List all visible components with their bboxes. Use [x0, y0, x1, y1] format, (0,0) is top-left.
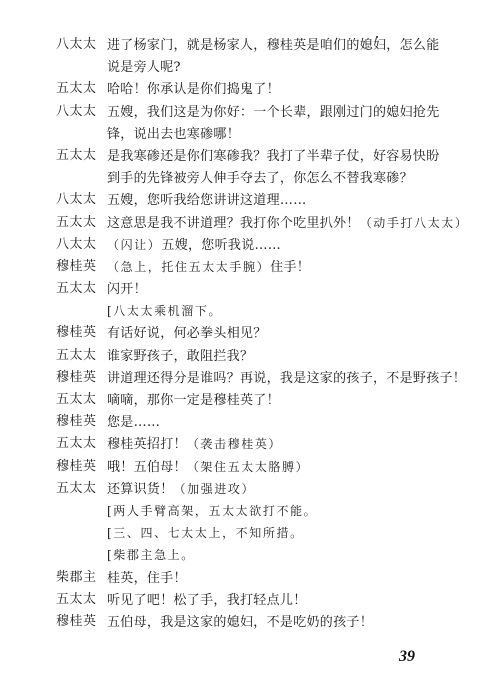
- script-line: 五太太哈哈！你承认是你们捣鬼了！: [56, 78, 446, 100]
- script-line: 穆桂英讲道理还得分是谁吗？再说，我是这家的孩子，不是野孩子！: [56, 367, 446, 389]
- script-line: 八太太进了杨家门，就是杨家人，穆桂英是咱们的媳妇，怎么能: [56, 34, 446, 56]
- script-line: 到手的先锋被旁人伸手夺去了，你怎么不替我寒碜？: [56, 167, 446, 189]
- dialogue-text: 您是……: [107, 411, 160, 434]
- dialogue-text: 穆桂英招打！（袭击穆桂英）: [107, 433, 282, 456]
- dialogue: 到手的先锋被旁人伸手夺去了，你怎么不替我寒碜？: [107, 171, 413, 186]
- stage-direction: [两人手臂高架，五太太欲打不能。: [107, 504, 317, 518]
- dialogue: 闪开！: [107, 282, 147, 297]
- dialogue: 五嫂，您听我说……: [161, 238, 281, 253]
- dialogue: 锋，说出去也寒碜哪！: [107, 127, 240, 142]
- script-line: [柴郡主急上。: [56, 544, 446, 566]
- speaker-name: 穆桂英: [56, 256, 104, 278]
- speaker-name: 八太太: [56, 234, 104, 256]
- script-line: 说是旁人呢?: [56, 56, 446, 78]
- speaker-name: 穆桂英: [56, 411, 104, 433]
- dialogue: 听见了吧！松了手，我打轻点儿！: [107, 593, 307, 608]
- script-line: 五太太听见了吧！松了手，我打轻点儿！: [56, 589, 446, 611]
- dialogue: 住手！: [270, 260, 310, 275]
- dialogue: 是我寒碜还是你们寒碜我？我打了半辈子仗，好容易快盼: [107, 149, 440, 164]
- stage-direction: [八太太乘机溜下。: [107, 304, 222, 318]
- dialogue: 这意思是我不讲道理？我打你个吃里扒外！: [107, 216, 360, 231]
- speaker-name: 五太太: [56, 345, 104, 367]
- dialogue: 嘀嘀，那你一定是穆桂英了！: [107, 393, 280, 408]
- script-line: 穆桂英哦！五伯母！（架住五太太胳膊）: [56, 456, 446, 478]
- speaker-name: 八太太: [56, 34, 104, 56]
- script-line: [八太太乘机溜下。: [56, 300, 446, 322]
- speaker-name: 五太太: [56, 433, 104, 455]
- stage-direction: （动手打八太太）: [360, 216, 469, 230]
- stage-direction: [柴郡主急上。: [107, 548, 195, 562]
- page-number: 39: [399, 648, 415, 666]
- dialogue-text: （急上，托住五太太手腕）住手！: [107, 256, 310, 279]
- dialogue: 讲道理还得分是谁吗？再说，我是这家的孩子，不是野孩子！: [107, 371, 466, 386]
- dialogue: 您是……: [107, 415, 160, 430]
- speaker-name: 五太太: [56, 389, 104, 411]
- speaker-name: 五太太: [56, 278, 104, 300]
- dialogue-text: 嘀嘀，那你一定是穆桂英了！: [107, 389, 280, 412]
- dialogue-text: 讲道理还得分是谁吗？再说，我是这家的孩子，不是野孩子！: [107, 367, 466, 390]
- speaker-name: 八太太: [56, 189, 104, 211]
- dialogue-text: 锋，说出去也寒碜哪！: [107, 123, 240, 146]
- dialogue-text: 是我寒碜还是你们寒碜我？我打了半辈子仗，好容易快盼: [107, 145, 440, 168]
- script-line: 五太太闪开！: [56, 278, 446, 300]
- script-line: 五太太谁家野孩子，敢阻拦我？: [56, 345, 446, 367]
- dialogue-text: 哈哈！你承认是你们捣鬼了！: [107, 78, 280, 101]
- script-line: 八太太五嫂，我们这是为你好：一个长辈，跟刚过门的媳妇抢先: [56, 101, 446, 123]
- dialogue-text: 桂英，住手！: [107, 567, 187, 590]
- dialogue: 五伯母，我是这家的媳妇，不是吃奶的孩子！: [107, 615, 373, 630]
- dialogue-text: 还算识货！（加强进攻）: [107, 478, 255, 501]
- stage-direction: （袭击穆桂英）: [187, 437, 282, 451]
- script-line: 穆桂英有话好说，何必拳头相见？: [56, 322, 446, 344]
- dialogue-text: 哦！五伯母！（架住五太太胳膊）: [107, 456, 309, 479]
- script-page: 八太太进了杨家门，就是杨家人，穆桂英是咱们的媳妇，怎么能 说是旁人呢? 五太太哈…: [0, 0, 486, 690]
- speaker-name: 八太太: [56, 101, 104, 123]
- stage-direction: （急上，托住五太太手腕）: [107, 260, 270, 274]
- script-line: 五太太是我寒碜还是你们寒碜我？我打了半辈子仗，好容易快盼: [56, 145, 446, 167]
- script-line: 八太太（闪让）五嫂，您听我说……: [56, 234, 446, 256]
- dialogue-text: （闪让）五嫂，您听我说……: [107, 234, 281, 257]
- dialogue: 说是旁人呢?: [107, 60, 181, 75]
- dialogue-text: [柴郡主急上。: [107, 544, 195, 567]
- dialogue-text: [八太太乘机溜下。: [107, 300, 222, 323]
- stage-direction: （闪让）: [107, 238, 161, 252]
- dialogue-text: 到手的先锋被旁人伸手夺去了，你怎么不替我寒碜？: [107, 167, 413, 190]
- script-line: 柴郡主桂英，住手！: [56, 567, 446, 589]
- dialogue-text: [两人手臂高架，五太太欲打不能。: [107, 500, 317, 523]
- script-line: 穆桂英五伯母，我是这家的媳妇，不是吃奶的孩子！: [56, 611, 446, 633]
- speaker-name: 五太太: [56, 478, 104, 500]
- dialogue-text: 听见了吧！松了手，我打轻点儿！: [107, 589, 307, 612]
- script-line: 五太太穆桂英招打！（袭击穆桂英）: [56, 433, 446, 455]
- script-line: 穆桂英您是……: [56, 411, 446, 433]
- dialogue-text: 五伯母，我是这家的媳妇，不是吃奶的孩子！: [107, 611, 373, 634]
- dialogue: 穆桂英招打！: [107, 437, 187, 452]
- dialogue-text: 有话好说，何必拳头相见？: [107, 322, 267, 345]
- script-line: 锋，说出去也寒碜哪！: [56, 123, 446, 145]
- dialogue-text: 五嫂，您听我给您讲讲这道理……: [107, 189, 307, 212]
- dialogue-text: 这意思是我不讲道理？我打你个吃里扒外！（动手打八太太）: [107, 212, 469, 235]
- stage-direction: [三、四、七太太上，不知所措。: [107, 526, 304, 540]
- speaker-name: 柴郡主: [56, 567, 104, 589]
- dialogue: 哦！五伯母！: [107, 460, 187, 475]
- dialogue: 桂英，住手！: [107, 571, 187, 586]
- dialogue: 五嫂，我们这是为你好：一个长辈，跟刚过门的媳妇抢先: [107, 105, 440, 120]
- script-line: 五太太还算识货！（加强进攻）: [56, 478, 446, 500]
- speaker-name: 穆桂英: [56, 322, 104, 344]
- dialogue-text: 说是旁人呢?: [107, 56, 181, 79]
- stage-direction: （加强进攻）: [174, 482, 256, 496]
- speaker-name: 五太太: [56, 145, 104, 167]
- script-line: 八太太五嫂，您听我给您讲讲这道理……: [56, 189, 446, 211]
- speaker-name: 五太太: [56, 78, 104, 100]
- speaker-name: 五太太: [56, 212, 104, 234]
- dialogue: 进了杨家门，就是杨家人，穆桂英是咱们的媳妇，怎么能: [107, 38, 440, 53]
- speaker-name: 穆桂英: [56, 456, 104, 478]
- dialogue-text: 进了杨家门，就是杨家人，穆桂英是咱们的媳妇，怎么能: [107, 34, 440, 57]
- speaker-name: 穆桂英: [56, 367, 104, 389]
- script-line: 穆桂英（急上，托住五太太手腕）住手！: [56, 256, 446, 278]
- dialogue: 五嫂，您听我给您讲讲这道理……: [107, 193, 307, 208]
- dialogue-text: 谁家野孩子，敢阻拦我？: [107, 345, 253, 368]
- dialogue: 谁家野孩子，敢阻拦我？: [107, 349, 253, 364]
- script-line: 五太太嘀嘀，那你一定是穆桂英了！: [56, 389, 446, 411]
- speaker-name: 五太太: [56, 589, 104, 611]
- dialogue-text: 五嫂，我们这是为你好：一个长辈，跟刚过门的媳妇抢先: [107, 101, 440, 124]
- dialogue: 有话好说，何必拳头相见？: [107, 326, 267, 341]
- speaker-name: 穆桂英: [56, 611, 104, 633]
- script-line: [两人手臂高架，五太太欲打不能。: [56, 500, 446, 522]
- script-body: 八太太进了杨家门，就是杨家人，穆桂英是咱们的媳妇，怎么能 说是旁人呢? 五太太哈…: [56, 34, 446, 633]
- dialogue-text: [三、四、七太太上，不知所措。: [107, 522, 304, 545]
- dialogue: 还算识货！: [107, 482, 174, 497]
- script-line: 五太太这意思是我不讲道理？我打你个吃里扒外！（动手打八太太）: [56, 212, 446, 234]
- script-line: [三、四、七太太上，不知所措。: [56, 522, 446, 544]
- dialogue: 哈哈！你承认是你们捣鬼了！: [107, 82, 280, 97]
- stage-direction: （架住五太太胳膊）: [187, 460, 309, 474]
- dialogue-text: 闪开！: [107, 278, 147, 301]
